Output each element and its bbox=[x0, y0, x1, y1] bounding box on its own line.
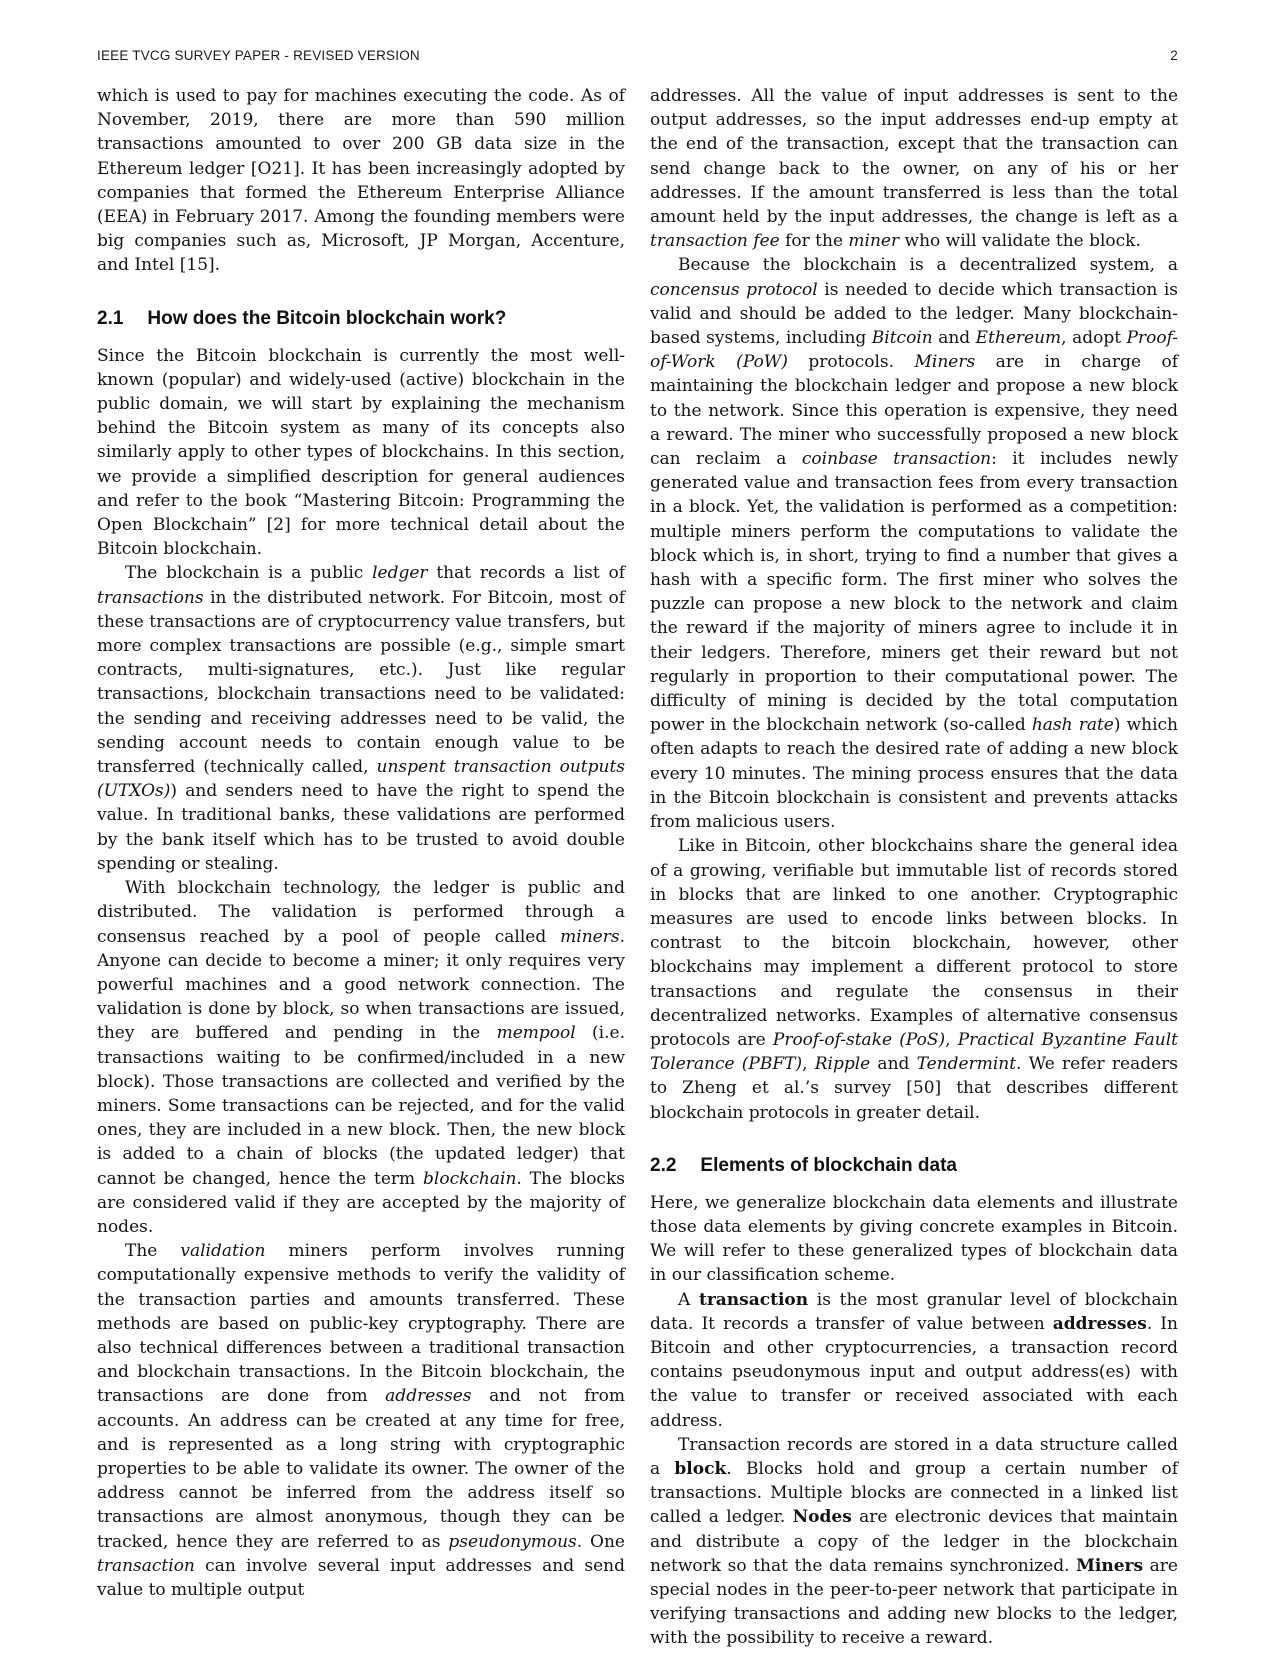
body-text: Since the Bitcoin blockchain is currentl… bbox=[97, 346, 625, 560]
section-heading: 2.1How does the Bitcoin blockchain work? bbox=[97, 307, 625, 331]
section-heading: 2.2Elements of blockchain data bbox=[650, 1154, 1178, 1178]
section-number: 2.1 bbox=[97, 307, 123, 331]
running-title: IEEE TVCG SURVEY PAPER - REVISED VERSION bbox=[97, 48, 420, 63]
body-text: which is used to pay for machines execut… bbox=[97, 86, 625, 275]
paragraph: Here, we generalize blockchain data elem… bbox=[650, 1191, 1178, 1288]
italic-text: hash rate bbox=[1032, 715, 1114, 735]
bold-text: Nodes bbox=[793, 1507, 852, 1527]
body-text: (i.e. transactions waiting to be confirm… bbox=[97, 1023, 625, 1188]
bold-text: transaction bbox=[699, 1290, 808, 1310]
page-header: IEEE TVCG SURVEY PAPER - REVISED VERSION… bbox=[97, 48, 1178, 63]
body-text: ) and senders need to have the right to … bbox=[97, 781, 625, 874]
italic-text: Miners bbox=[915, 352, 976, 372]
body-text: miners perform involves running computat… bbox=[97, 1241, 625, 1406]
body-text: and bbox=[933, 328, 976, 348]
italic-text: mempool bbox=[497, 1023, 576, 1043]
paragraph: addresses. All the value of input addres… bbox=[650, 84, 1178, 253]
paragraph: The validation miners perform involves r… bbox=[97, 1239, 625, 1602]
italic-text: transaction bbox=[97, 1556, 195, 1576]
body-text: , adopt bbox=[1061, 328, 1126, 348]
body-text: : it includes newly generated value and … bbox=[650, 449, 1178, 735]
section-number: 2.2 bbox=[650, 1154, 676, 1178]
paragraph: Because the blockchain is a decentralize… bbox=[650, 253, 1178, 834]
text-columns: which is used to pay for machines execut… bbox=[97, 84, 1178, 1651]
italic-text: Ripple bbox=[815, 1054, 871, 1074]
italic-text: pseudonymous bbox=[448, 1532, 576, 1552]
paragraph: Transaction records are stored in a data… bbox=[650, 1433, 1178, 1651]
right-column: addresses. All the value of input addres… bbox=[650, 84, 1178, 1651]
bold-text: addresses bbox=[1053, 1314, 1147, 1334]
body-text: that records a list of bbox=[428, 563, 625, 583]
italic-text: addresses bbox=[385, 1386, 471, 1406]
italic-text: concensus protocol bbox=[650, 280, 818, 300]
italic-text: Tendermint bbox=[917, 1054, 1016, 1074]
italic-text: Proof-of-stake (PoS) bbox=[773, 1030, 945, 1050]
italic-text: miner bbox=[848, 231, 899, 251]
paper-page: IEEE TVCG SURVEY PAPER - REVISED VERSION… bbox=[0, 0, 1280, 1656]
italic-text: coinbase transaction bbox=[802, 449, 991, 469]
body-text: Like in Bitcoin, other blockchains share… bbox=[650, 836, 1178, 1050]
body-text: for the bbox=[780, 231, 849, 251]
body-text: , bbox=[802, 1054, 815, 1074]
body-text: addresses. All the value of input addres… bbox=[650, 86, 1178, 227]
paragraph: A transaction is the most granular level… bbox=[650, 1288, 1178, 1433]
italic-text: Ethereum bbox=[976, 328, 1062, 348]
body-text: Here, we generalize blockchain data elem… bbox=[650, 1193, 1178, 1286]
page-number: 2 bbox=[1170, 48, 1178, 63]
body-text: who will validate the block. bbox=[899, 231, 1141, 251]
section-title: How does the Bitcoin blockchain work? bbox=[147, 308, 506, 329]
bold-text: block bbox=[674, 1459, 726, 1479]
paragraph: Like in Bitcoin, other blockchains share… bbox=[650, 834, 1178, 1124]
body-text: and not from accounts. An address can be… bbox=[97, 1386, 625, 1551]
body-text: and bbox=[870, 1054, 916, 1074]
italic-text: blockchain bbox=[423, 1169, 516, 1189]
body-text: , bbox=[945, 1030, 958, 1050]
body-text: Because the blockchain is a decentralize… bbox=[678, 255, 1178, 275]
italic-text: miners bbox=[560, 927, 619, 947]
italic-text: transactions bbox=[97, 588, 204, 608]
bold-text: Miners bbox=[1076, 1556, 1143, 1576]
paragraph: which is used to pay for machines execut… bbox=[97, 84, 625, 278]
body-text: . One bbox=[577, 1532, 625, 1552]
left-column: which is used to pay for machines execut… bbox=[97, 84, 625, 1651]
section-title: Elements of blockchain data bbox=[700, 1155, 957, 1176]
paragraph: Since the Bitcoin blockchain is currentl… bbox=[97, 344, 625, 562]
italic-text: Bitcoin bbox=[872, 328, 933, 348]
paragraph: The blockchain is a public ledger that r… bbox=[97, 561, 625, 876]
body-text: The bbox=[125, 1241, 180, 1261]
paragraph: With blockchain technology, the ledger i… bbox=[97, 876, 625, 1239]
italic-text: validation bbox=[180, 1241, 265, 1261]
italic-text: transaction fee bbox=[650, 231, 780, 251]
italic-text: ledger bbox=[372, 563, 427, 583]
body-text: The blockchain is a public bbox=[125, 563, 372, 583]
body-text: With blockchain technology, the ledger i… bbox=[97, 878, 625, 946]
body-text: in the distributed network. For Bitcoin,… bbox=[97, 588, 625, 777]
body-text: protocols. bbox=[788, 352, 915, 372]
body-text: A bbox=[678, 1290, 699, 1310]
